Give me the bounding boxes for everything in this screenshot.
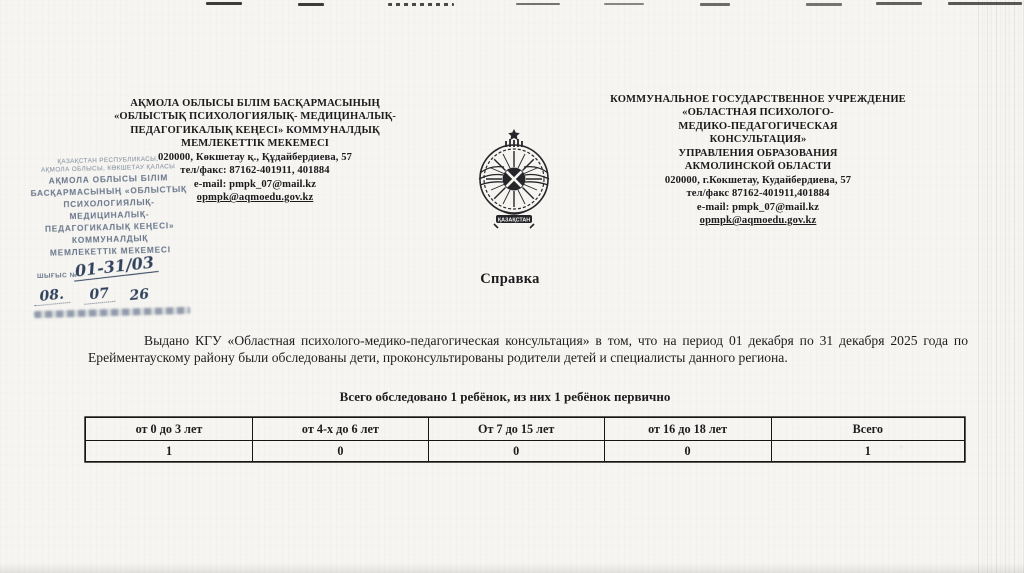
kazakhstan-coat-of-arms-icon: ҚАЗАҚСТАН xyxy=(464,127,564,229)
registry-stamp: ҚАЗАҚСТАН РЕСПУБЛИКАСЫ, АҚМОЛА ОБЛЫСЫ, К… xyxy=(22,155,198,319)
org-name-line: АКМОЛИНСКОЙ ОБЛАСТИ xyxy=(594,160,922,173)
org-email-secondary: opmpk@aqmoedu.gov.kz xyxy=(594,214,922,227)
scan-artifact-dash xyxy=(388,3,454,6)
col-header-4-6: от 4-х до 6 лет xyxy=(253,418,429,441)
body-paragraph: Выдано КГУ «Областная психолого-медико-п… xyxy=(88,332,968,367)
org-name-line: «ОБЛАСТНАЯ ПСИХОЛОГО- xyxy=(594,106,922,119)
org-header-russian: КОММУНАЛЬНОЕ ГОСУДАРСТВЕННОЕ УЧРЕЖДЕНИЕ … xyxy=(594,93,922,228)
scan-artifact-dash xyxy=(206,2,242,5)
org-phone: тел/факс 87162-401911,401884 xyxy=(594,187,922,200)
table-header-row: от 0 до 3 лет от 4-х до 6 лет От 7 до 15… xyxy=(86,418,965,441)
org-name-line: МЕМЛЕКЕТТІК МЕКЕМЕСІ xyxy=(88,137,422,150)
col-header-total: Всего xyxy=(771,418,964,441)
col-header-0-3: от 0 до 3 лет xyxy=(86,418,253,441)
org-email: e-mail: pmpk_07@mail.kz xyxy=(594,201,922,214)
scan-artifact-dash xyxy=(516,3,560,5)
scan-artifact-dash xyxy=(876,2,922,5)
handwritten-year: 26 xyxy=(129,288,150,304)
org-name-line: КОММУНАЛЬНОЕ ГОСУДАРСТВЕННОЕ УЧРЕЖДЕНИЕ xyxy=(594,93,922,106)
value-7-15: 0 xyxy=(428,441,604,462)
org-name-line: «ОБЛЫСТЫҚ ПСИХОЛОГИЯЛЫҚ- МЕДИЦИНАЛЫҚ- xyxy=(88,110,422,123)
org-name-line: КОНСУЛЬТАЦИЯ» xyxy=(594,133,922,146)
value-total: 1 xyxy=(771,441,964,462)
org-address: 020000, г.Кокшетау, Кудайбердиева, 57 xyxy=(594,174,922,187)
org-name-line: МЕДИКО-ПЕДАГОГИЧЕСКАЯ xyxy=(594,120,922,133)
value-4-6: 0 xyxy=(253,441,429,462)
handwritten-day: 08. xyxy=(33,287,71,306)
age-groups-table: от 0 до 3 лет от 4-х до 6 лет От 7 до 15… xyxy=(85,417,965,462)
summary-line: Всего обследовано 1 ребёнок, из них 1 ре… xyxy=(0,389,1010,405)
scan-artifact-dash xyxy=(948,2,1022,5)
org-name-line: ПЕДАГОГИКАЛЫҚ КЕҢЕСІ» КОММУНАЛДЫҚ xyxy=(88,124,422,137)
col-header-7-15: От 7 до 15 лет xyxy=(428,418,604,441)
scan-artifact-dash xyxy=(298,3,324,6)
scan-edge-shadow xyxy=(0,563,1024,573)
scan-artifact-dash xyxy=(700,3,730,6)
handwritten-month: 07 xyxy=(83,286,116,305)
stamp-illegible-line xyxy=(34,307,190,318)
document-title: Справка xyxy=(0,271,1020,288)
scan-artifact-dash xyxy=(806,3,842,6)
org-name-line: АҚМОЛА ОБЛЫСЫ БІЛІМ БАСҚАРМАСЫНЫҢ xyxy=(88,97,422,110)
value-0-3: 1 xyxy=(86,441,253,462)
col-header-16-18: от 16 до 18 лет xyxy=(604,418,771,441)
emblem-banner-text: ҚАЗАҚСТАН xyxy=(498,217,530,223)
table-value-row: 1 0 0 0 1 xyxy=(86,441,965,462)
scan-artifact-dash xyxy=(604,3,644,5)
scanned-certificate-page: АҚМОЛА ОБЛЫСЫ БІЛІМ БАСҚАРМАСЫНЫҢ «ОБЛЫС… xyxy=(0,0,1024,573)
org-name-line: УПРАВЛЕНИЯ ОБРАЗОВАНИЯ xyxy=(594,147,922,160)
value-16-18: 0 xyxy=(604,441,771,462)
